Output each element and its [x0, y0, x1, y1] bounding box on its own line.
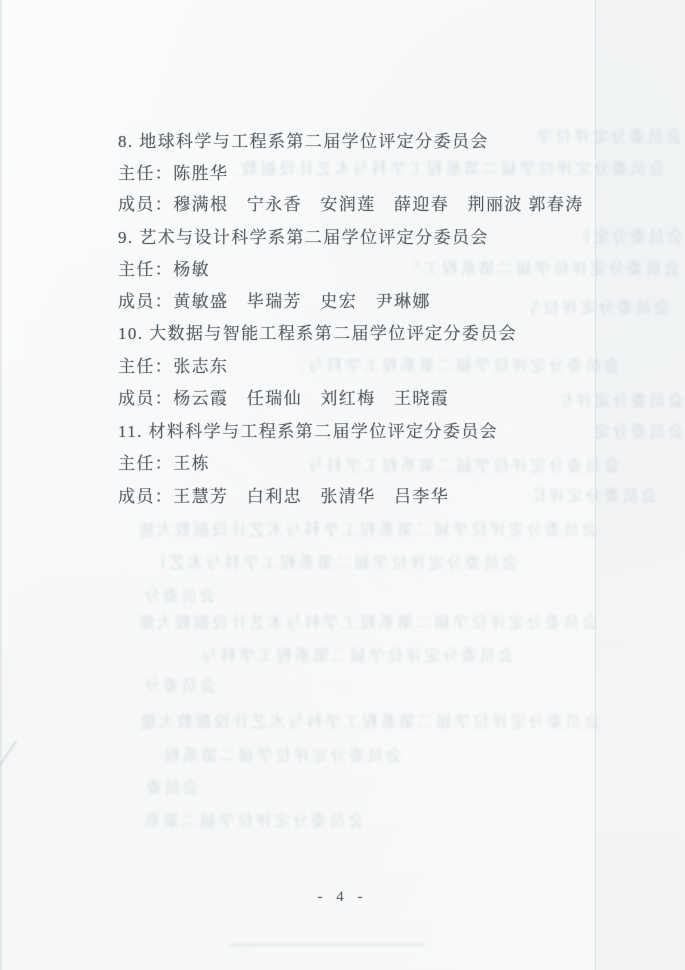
paper-right-edge [595, 0, 596, 970]
committee-members: 成员：穆满根 宁永香 安润莲 薛迎春 荆丽波 郭春涛 [118, 194, 584, 216]
document-body: 8. 地球科学与工程系第二届学位评定分委员会主任：陈胜华成员：穆满根 宁永香 安… [0, 0, 685, 970]
committee-members: 成员：黄敏盛 毕瑞芳 史宏 尹琳娜 [118, 291, 431, 313]
committee-chair: 主任：陈胜华 [118, 163, 228, 185]
committee-title: 8. 地球科学与工程系第二届学位评定分委员会 [118, 131, 489, 153]
scanned-page: 会员委分定评位学届二第系程工学科与术艺计设据数大能智料材华清张忠利白芳慧王会员委… [0, 0, 685, 970]
committee-title: 10. 大数据与智能工程系第二届学位评定分委员会 [118, 323, 517, 345]
page-number: - 4 - [0, 889, 685, 906]
committee-members: 成员：杨云霞 任瑞仙 刘红梅 王晓霞 [118, 388, 449, 410]
committee-title: 9. 艺术与设计科学系第二届学位评定分委员会 [118, 227, 489, 249]
committee-chair: 主任：王栋 [118, 453, 210, 475]
committee-title: 11. 材料科学与工程系第二届学位评定分委员会 [118, 421, 498, 443]
paper-left-edge [0, 0, 3, 970]
committee-members: 成员：王慧芳 白利忠 张清华 吕李华 [118, 486, 449, 508]
committee-chair: 主任：张志东 [118, 356, 228, 378]
committee-chair: 主任：杨敏 [118, 259, 210, 281]
